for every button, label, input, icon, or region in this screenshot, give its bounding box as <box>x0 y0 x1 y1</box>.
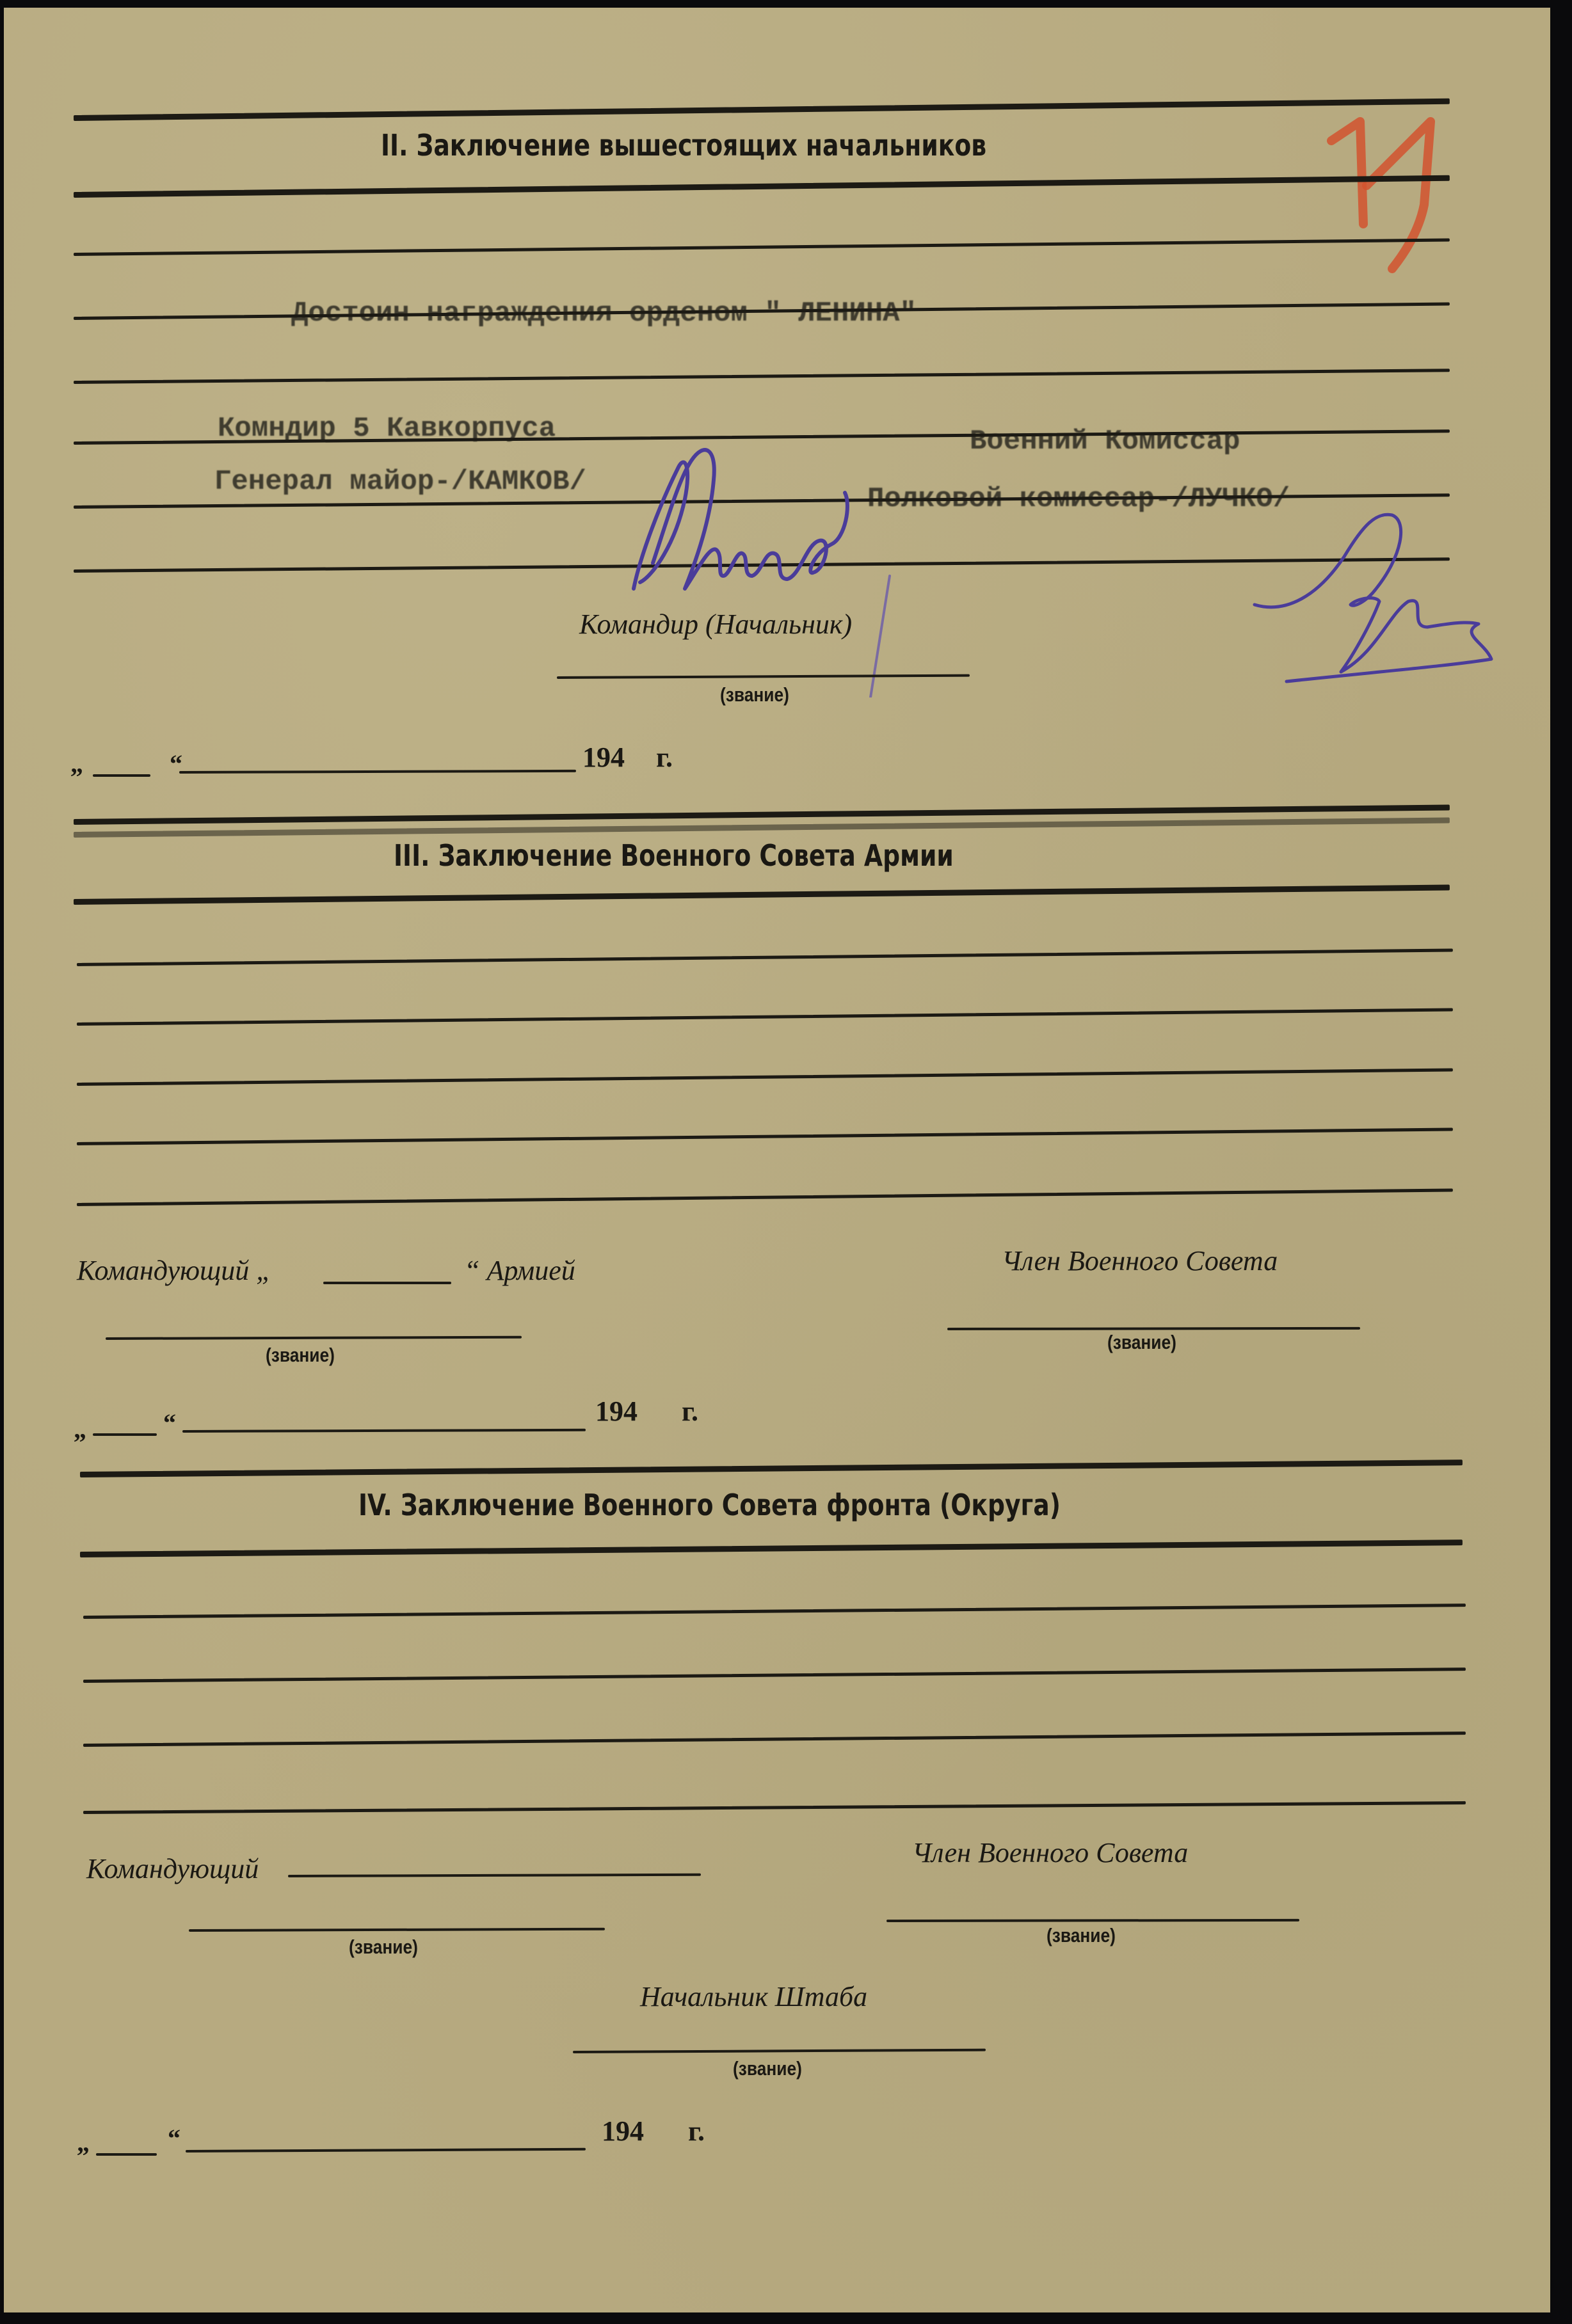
rank-caption: (звание) <box>733 2057 802 2080</box>
rank-caption: (звание) <box>349 1936 418 1959</box>
war-council-member-label: Член Военного Совета <box>1002 1245 1278 1277</box>
rank-caption: (звание) <box>720 683 789 706</box>
date-day-line <box>93 774 150 777</box>
army-commander-label: Командующий „ <box>77 1254 272 1287</box>
red-pencil-page-number <box>1319 96 1459 275</box>
section4-heading: IV. Заключение Военного Совета фронта (О… <box>358 1488 1061 1522</box>
document-page <box>4 8 1550 2312</box>
date-year: 194 <box>582 741 625 774</box>
signature-luchko <box>1248 505 1504 691</box>
army-number-line <box>323 1282 451 1284</box>
date-suffix: г. <box>682 1395 698 1428</box>
commander-signature-label: Командир (Начальник) <box>579 608 852 641</box>
date-suffix: г. <box>656 741 673 774</box>
date-open-quote: „ <box>70 749 83 779</box>
date-year: 194 <box>595 1395 638 1428</box>
date-day-line <box>96 2153 157 2156</box>
signature-kamkov <box>614 429 947 697</box>
rank-caption: (звание) <box>1107 1331 1176 1354</box>
rank-caption: (звание) <box>1047 1924 1116 1947</box>
section3-heading: III. Заключение Военного Совета Армии <box>394 838 954 873</box>
date-year: 194 <box>602 2115 644 2147</box>
section2-heading: II. Заключение вышестоящих начальников <box>381 128 986 163</box>
date-open-quote: „ <box>77 2128 90 2158</box>
commissar-title-line: Военний Комиссар <box>970 426 1240 458</box>
date-close-quote: “ <box>163 1408 176 1438</box>
date-open-quote: „ <box>74 1414 86 1444</box>
front-war-council-member-label: Член Военного Совета <box>912 1836 1188 1869</box>
rank-caption: (звание) <box>266 1344 335 1367</box>
army-commander-suffix: “ Армией <box>464 1254 575 1287</box>
date-suffix: г. <box>688 2115 705 2147</box>
front-commander-label: Командующий <box>86 1852 259 1885</box>
date-close-quote: “ <box>170 749 182 779</box>
date-close-quote: “ <box>168 2123 180 2153</box>
chief-of-staff-label: Начальник Штаба <box>640 1980 867 2013</box>
commander-rank-name: Генерал майор-/КАМКОВ/ <box>214 466 586 498</box>
date-day-line <box>93 1433 157 1436</box>
